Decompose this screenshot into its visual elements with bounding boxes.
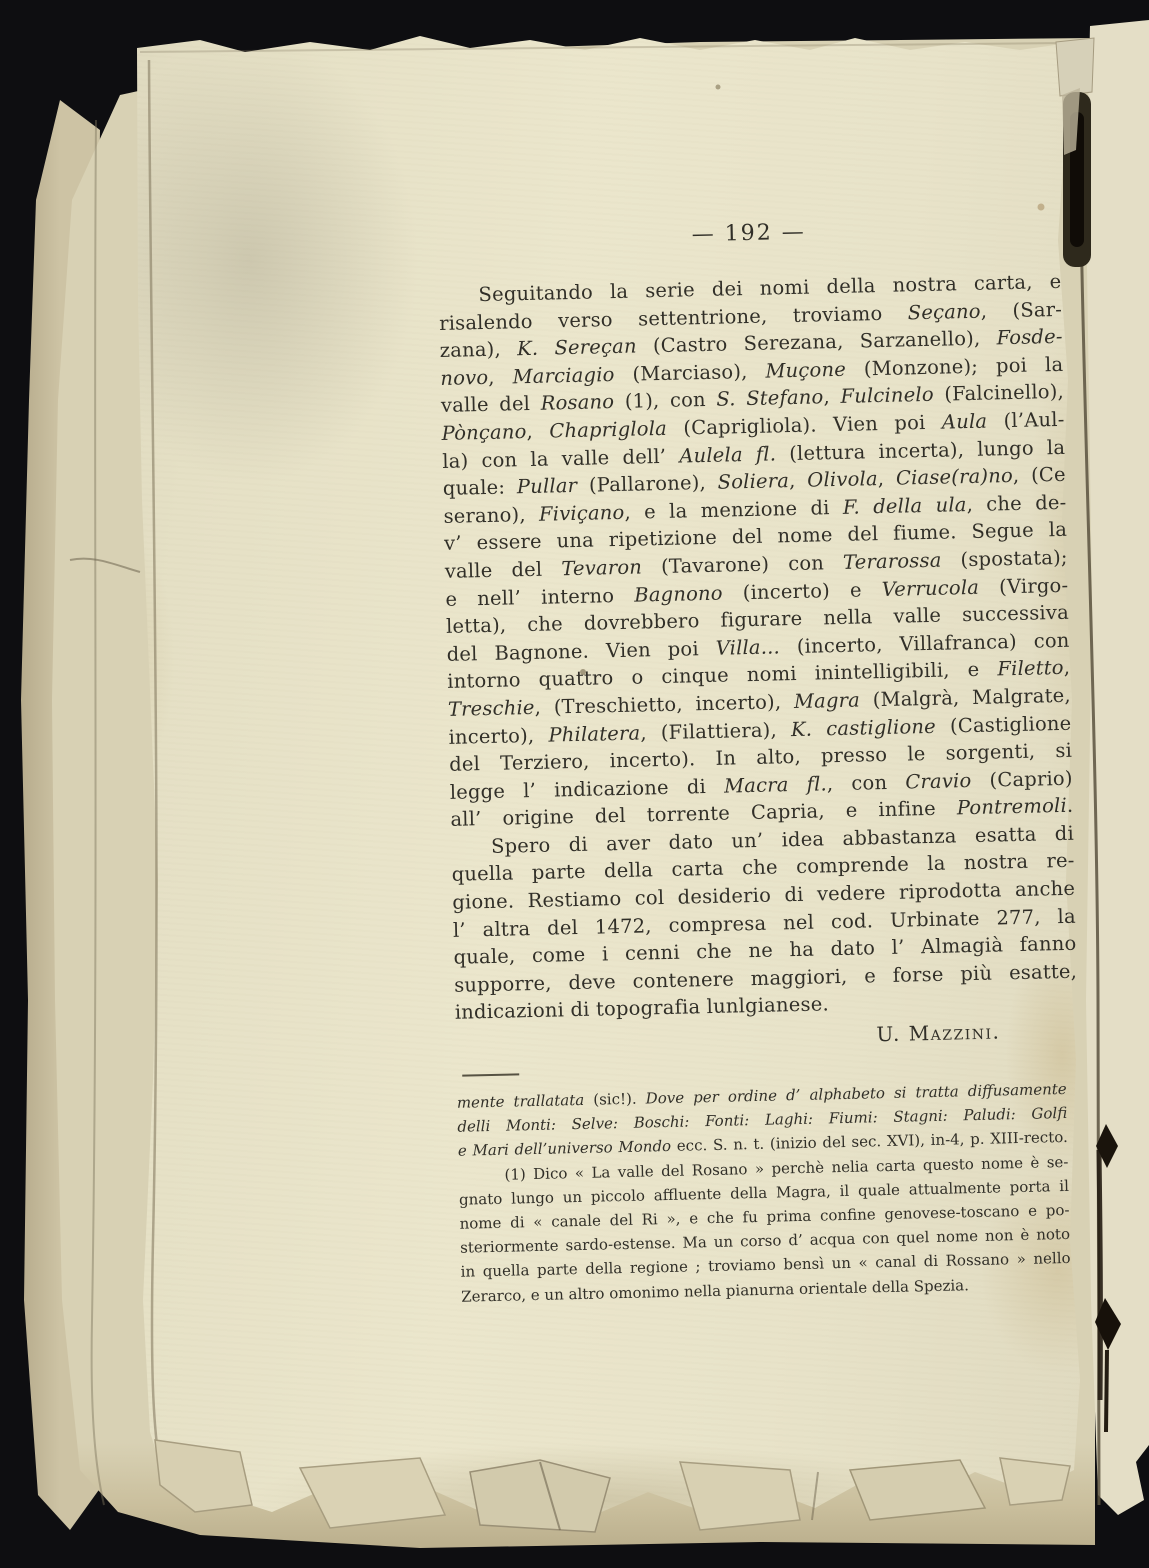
torn-flap — [1000, 1458, 1070, 1505]
footnotes: mente trallatata (sic!). Dove per ordine… — [457, 1077, 1072, 1309]
torn-flap — [300, 1458, 445, 1528]
text-segment: , — [488, 365, 513, 389]
paragraph-1: Seguitando la serie dei nomi della nostr… — [438, 268, 1073, 834]
place-name-italic: Pullar — [517, 474, 578, 498]
fox-spot — [716, 85, 721, 90]
text-segment: , — [789, 469, 808, 492]
text-segment: , (Treschietto, incerto), — [534, 690, 794, 719]
text-segment: legge l’ indicazione di — [450, 774, 725, 803]
place-name-italic: Fosde- — [996, 325, 1063, 349]
top-edge-shadow — [140, 43, 1062, 52]
place-name-italic: Rosano — [540, 390, 614, 415]
footnote-1: (1) Dico « La valle del Rosano » perchè … — [458, 1150, 1071, 1309]
place-name-italic: Aulela fl. — [679, 442, 776, 467]
text-segment: serano), — [443, 503, 539, 528]
footnote-rule — [462, 1073, 519, 1076]
text-segment: , (Ce — [1013, 463, 1066, 487]
text-segment: (Marciaso), — [614, 359, 765, 385]
text-segment: , (Sar- — [980, 297, 1062, 322]
place-name-italic: e Mari dell’universo Mondo — [458, 1137, 672, 1160]
place-name-italic: Philatera — [548, 721, 640, 746]
place-name-italic: Chapriglola — [549, 417, 667, 443]
text-segment: (1), con — [614, 388, 717, 413]
text-segment: (lettura incerta), lungo la — [776, 435, 1066, 465]
text-segment: (spostata); — [941, 546, 1068, 572]
place-name-italic: Marciagio — [512, 363, 614, 388]
place-name-italic: Pònçano — [441, 420, 526, 445]
text-segment: , e la menzione di — [624, 496, 843, 524]
binding-thread — [1106, 1350, 1107, 1432]
text-segment: del Bagnone. Vien poi — [446, 637, 716, 666]
text-segment: incerto), — [448, 723, 548, 748]
gutter-dark-segment — [1099, 1150, 1100, 1400]
binding-tab-paper — [1056, 38, 1094, 96]
place-name-italic: S. Stefano — [716, 386, 824, 411]
text-segment: (incerto, Villafranca) con — [780, 628, 1070, 658]
text-segment: valle del — [441, 392, 541, 417]
text-segment: la) con la valle dell’ — [442, 444, 680, 472]
place-name-italic: Muçone — [765, 358, 846, 383]
place-name-italic: Bagnono — [634, 581, 723, 606]
place-name-italic: Magra — [794, 688, 861, 712]
fox-spot — [1038, 204, 1045, 211]
text-segment: zana), — [440, 337, 518, 362]
text-segment: (Virgo- — [979, 573, 1069, 598]
place-name-italic: K. castiglione — [791, 714, 936, 740]
text-segment: (incerto) e — [722, 578, 882, 605]
text-segment: , che de- — [966, 491, 1066, 516]
text-segment: quale: — [443, 475, 518, 500]
place-name-italic: Tevaron — [561, 555, 642, 580]
text-segment: (Caprigliola). Vien poi — [667, 411, 942, 440]
page-left-edge-crease — [149, 60, 160, 1468]
place-name-italic: Fiviçano — [539, 501, 625, 526]
text-segment: , — [823, 385, 841, 408]
text-segment: (Pallarone), — [577, 471, 718, 497]
text-segment: indicazioni di topografia lunlgianese. — [455, 993, 830, 1024]
place-name-italic: Macra fl. — [724, 772, 827, 797]
text-segment: (l’Aul- — [987, 408, 1065, 433]
book-scan-photo: — 192 — Seguitando la serie dei nomi del… — [0, 0, 1149, 1568]
text-segment: (Malgrà, Malgrate, — [860, 684, 1071, 712]
main-text: Seguitando la serie dei nomi della nostr… — [438, 268, 1078, 1027]
text-segment: (Caprio) — [971, 766, 1073, 791]
text-segment: , — [526, 419, 549, 443]
place-name-italic: Cravio — [905, 769, 972, 793]
page-text: — 192 — Seguitando la serie dei nomi del… — [437, 214, 1084, 1309]
place-name-italic: Soliera — [717, 469, 789, 494]
text-segment: valle del — [445, 557, 562, 583]
text-segment: . — [1067, 794, 1074, 817]
text-segment: , — [877, 467, 896, 490]
text-segment: , — [1063, 656, 1070, 679]
torn-flap — [470, 1460, 610, 1532]
place-name-italic: Treschie — [448, 696, 535, 721]
flap-crack — [812, 1472, 818, 1520]
text-segment: (Castiglione — [936, 711, 1072, 737]
place-name-italic: Filetto — [997, 656, 1064, 680]
place-name-italic: Villa... — [715, 635, 780, 659]
place-name-italic: Verrucola — [881, 575, 979, 600]
paper-tear-crack — [70, 559, 140, 572]
torn-flap — [155, 1440, 252, 1512]
place-name-italic: mente trallatata — [457, 1091, 585, 1112]
place-name-italic: Aula — [942, 410, 988, 434]
text-segment: (sic!). — [584, 1090, 646, 1109]
place-name-italic: Ciase(ra)no — [896, 464, 1013, 490]
paragraph-2: Spero di aver dato un’ idea abbastanza e… — [451, 820, 1078, 1027]
torn-flap — [680, 1462, 800, 1530]
place-name-italic: Fulcinelo — [840, 383, 934, 408]
torn-flap — [850, 1460, 985, 1520]
under-sheet-edge-line — [92, 120, 104, 1505]
text-segment: e nell’ interno — [445, 583, 634, 610]
footnote-continuation: mente trallatata (sic!). Dove per ordine… — [457, 1077, 1068, 1163]
place-name-italic: Olivola — [807, 467, 878, 492]
text-segment: (Tavarone) con — [642, 551, 844, 579]
place-name-italic: Terarossa — [843, 549, 942, 574]
place-name-italic: novo — [440, 366, 488, 390]
place-name-italic: Seçano — [908, 299, 981, 324]
text-segment: , con — [827, 770, 906, 795]
text-segment: , (Filattiera), — [640, 718, 791, 744]
text-segment: (Falcinello), — [934, 380, 1065, 406]
place-name-italic: Pontremoli — [957, 794, 1068, 819]
place-name-italic: F. della ula — [843, 493, 967, 519]
text-segment: (Monzone); poi la — [846, 353, 1064, 381]
place-name-italic: K. Sereçan — [517, 335, 637, 361]
